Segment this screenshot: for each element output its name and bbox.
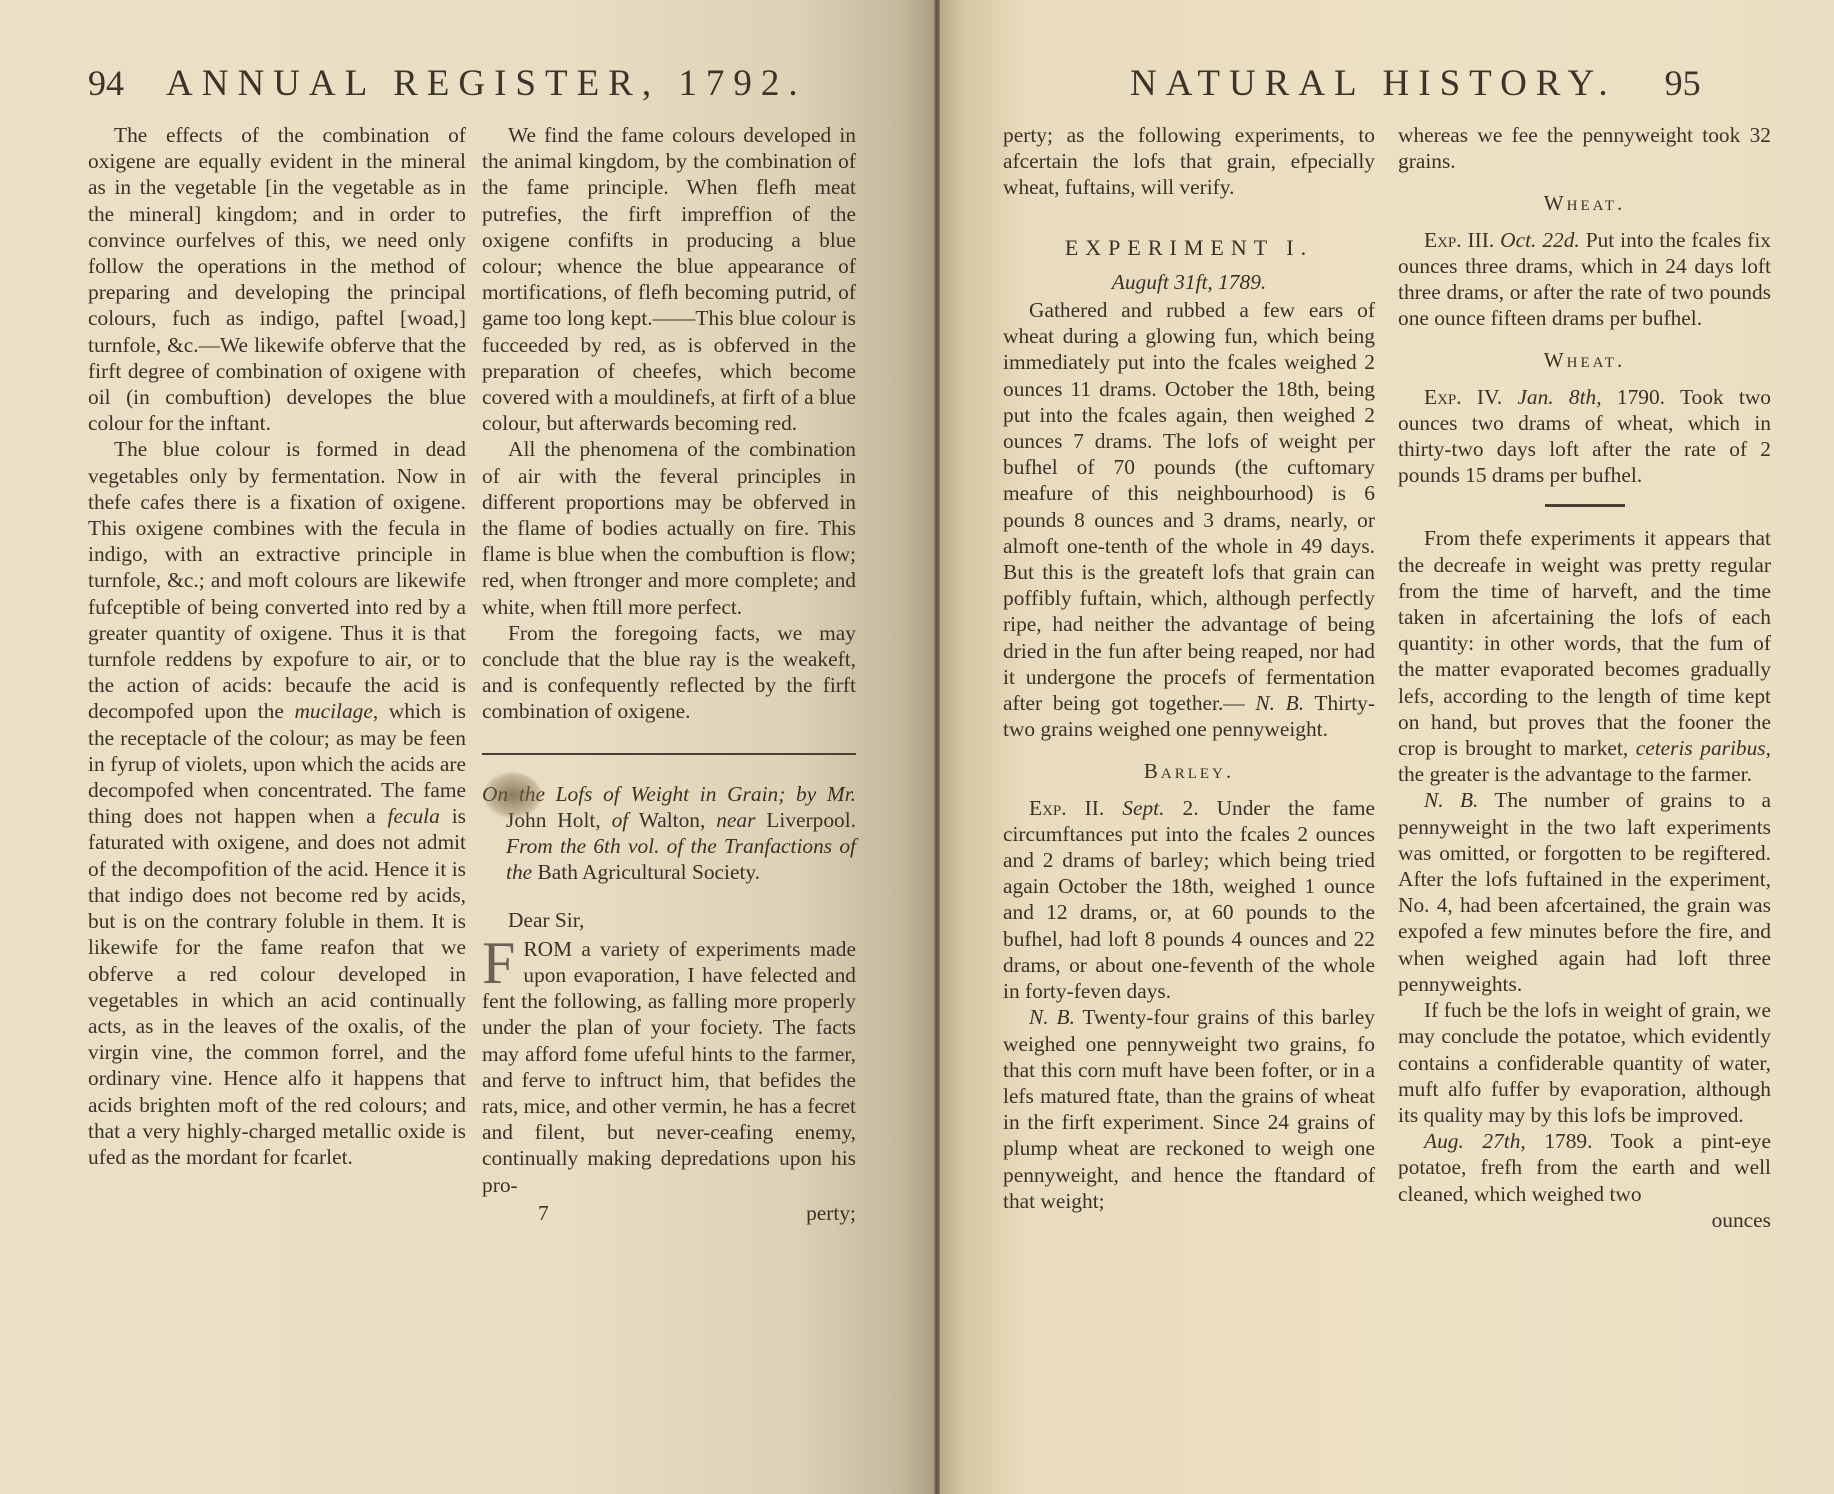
experiment-2-text: Exp. II. Sept. 2. Under the fame circumf… [1003, 795, 1375, 1005]
short-divider [1545, 504, 1625, 507]
paragraph-potatoe-experiment: Aug. 27th, 1789. Took a pint-eye potatoe… [1398, 1128, 1771, 1207]
letter-lead-word: ROM [523, 937, 572, 961]
left-column-1: The effects of the combination of oxigen… [88, 122, 466, 1170]
right-column-1: perty; as the following experiments, to … [1003, 122, 1375, 1214]
letter-body: FROM a variety of experiments made upon … [482, 936, 856, 1198]
paragraph-animal-kingdom: We find the fame colours developed in th… [482, 122, 856, 436]
right-column-2: whereas we fee the pennyweight took 32 g… [1398, 122, 1771, 1233]
right-running-head: NATURAL HISTORY.95 [1130, 62, 1701, 105]
paragraph-oxigene-effects: The effects of the combination of oxigen… [88, 122, 466, 436]
paragraph-potatoe: If fuch be the lofs in weight of grain, … [1398, 997, 1771, 1128]
catchword: perty; [806, 1200, 856, 1226]
left-running-head: 94ANNUAL REGISTER, 1792. [88, 62, 807, 105]
paragraph-blue-ray: From the foregoing facts, we may conclud… [482, 620, 856, 725]
experiment-4-text: Exp. IV. Jan. 8th, 1790. Took two ounces… [1398, 384, 1771, 489]
book-spread: 94ANNUAL REGISTER, 1792. NATURAL HISTORY… [0, 0, 1834, 1494]
signature-mark: 7 [538, 1200, 549, 1226]
paragraph-flame-phenomena: All the phenomena of the combination of … [482, 436, 856, 619]
wheat-heading-2: Wheat. [1398, 347, 1771, 373]
drop-cap: F [482, 938, 515, 988]
book-gutter [934, 0, 940, 1494]
letter-salutation: Dear Sir, [482, 907, 856, 933]
right-page-number: 95 [1665, 63, 1701, 103]
section-divider [482, 753, 856, 755]
article-title: On the Lofs of Weight in Grain; by Mr. J… [482, 781, 856, 886]
italic-term: mucilage [294, 699, 372, 723]
paragraph-conclusion: From thefe experiments it appears that t… [1398, 525, 1771, 787]
note-barley: N. B. Twenty-four grains of this barley … [1003, 1004, 1375, 1214]
paragraph-continuation: perty; as the following experiments, to … [1003, 122, 1375, 201]
left-running-title: ANNUAL REGISTER, 1792. [166, 63, 807, 104]
note-grains: N. B. The number of grains to a pennywei… [1398, 787, 1771, 997]
experiment-1-text: Gathered and rubbed a few ears of wheat … [1003, 297, 1375, 742]
italic-term: fecula [388, 804, 440, 828]
catchword: ounces [1398, 1207, 1771, 1233]
right-running-title: NATURAL HISTORY. [1130, 63, 1617, 104]
experiment-3-text: Exp. III. Oct. 22d. Put into the fcales … [1398, 227, 1771, 332]
barley-heading: Barley. [1003, 758, 1375, 784]
experiment-1-heading: EXPERIMENT I. [1003, 235, 1375, 261]
wheat-heading-1: Wheat. [1398, 190, 1771, 216]
left-page-number: 94 [88, 63, 124, 103]
paragraph-continuation: whereas we fee the pennyweight took 32 g… [1398, 122, 1771, 174]
paragraph-blue-colour: The blue colour is formed in dead vegeta… [88, 436, 466, 1170]
left-column-2: We find the fame colours developed in th… [482, 122, 856, 1226]
experiment-1-date: Auguft 31ft, 1789. [1003, 269, 1375, 295]
page-footer: 7 perty; [482, 1200, 856, 1226]
